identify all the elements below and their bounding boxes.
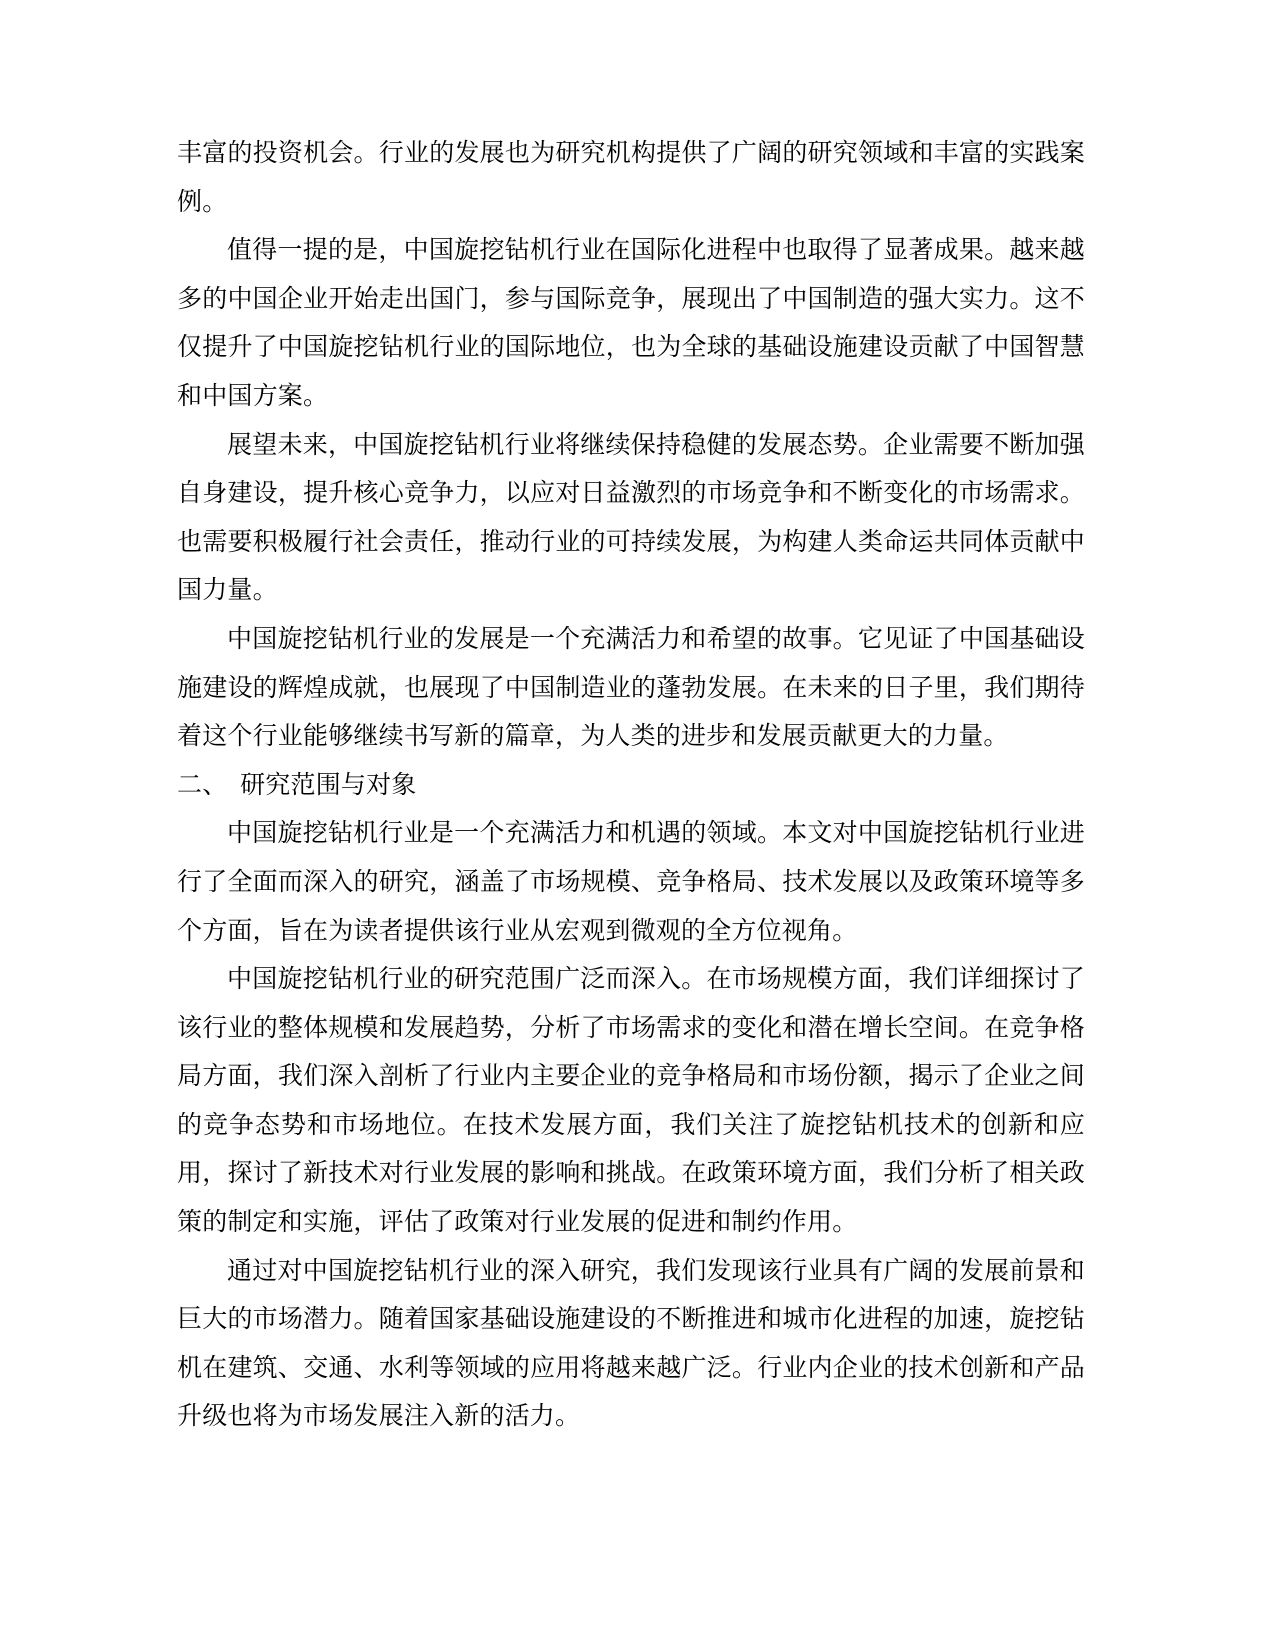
paragraph: 值得一提的是，中国旋挖钻机行业在国际化进程中也取得了显著成果。越来越多的中国企业…	[177, 226, 1085, 420]
paragraph: 中国旋挖钻机行业是一个充满活力和机遇的领域。本文对中国旋挖钻机行业进行了全面而深…	[177, 809, 1085, 955]
section-heading: 二、 研究范围与对象	[177, 761, 1085, 810]
paragraph: 通过对中国旋挖钻机行业的深入研究，我们发现该行业具有广阔的发展前景和巨大的市场潜…	[177, 1247, 1085, 1441]
paragraph: 中国旋挖钻机行业的发展是一个充满活力和希望的故事。它见证了中国基础设施建设的辉煌…	[177, 615, 1085, 761]
paragraph: 展望未来，中国旋挖钻机行业将继续保持稳健的发展态势。企业需要不断加强自身建设，提…	[177, 421, 1085, 615]
document-page: 丰富的投资机会。行业的发展也为研究机构提供了广阔的研究领域和丰富的实践案例。 值…	[0, 0, 1275, 1650]
paragraph: 中国旋挖钻机行业的研究范围广泛而深入。在市场规模方面，我们详细探讨了该行业的整体…	[177, 955, 1085, 1247]
paragraph-continuation: 丰富的投资机会。行业的发展也为研究机构提供了广阔的研究领域和丰富的实践案例。	[177, 129, 1085, 226]
text-body: 丰富的投资机会。行业的发展也为研究机构提供了广阔的研究领域和丰富的实践案例。 值…	[177, 129, 1085, 1441]
